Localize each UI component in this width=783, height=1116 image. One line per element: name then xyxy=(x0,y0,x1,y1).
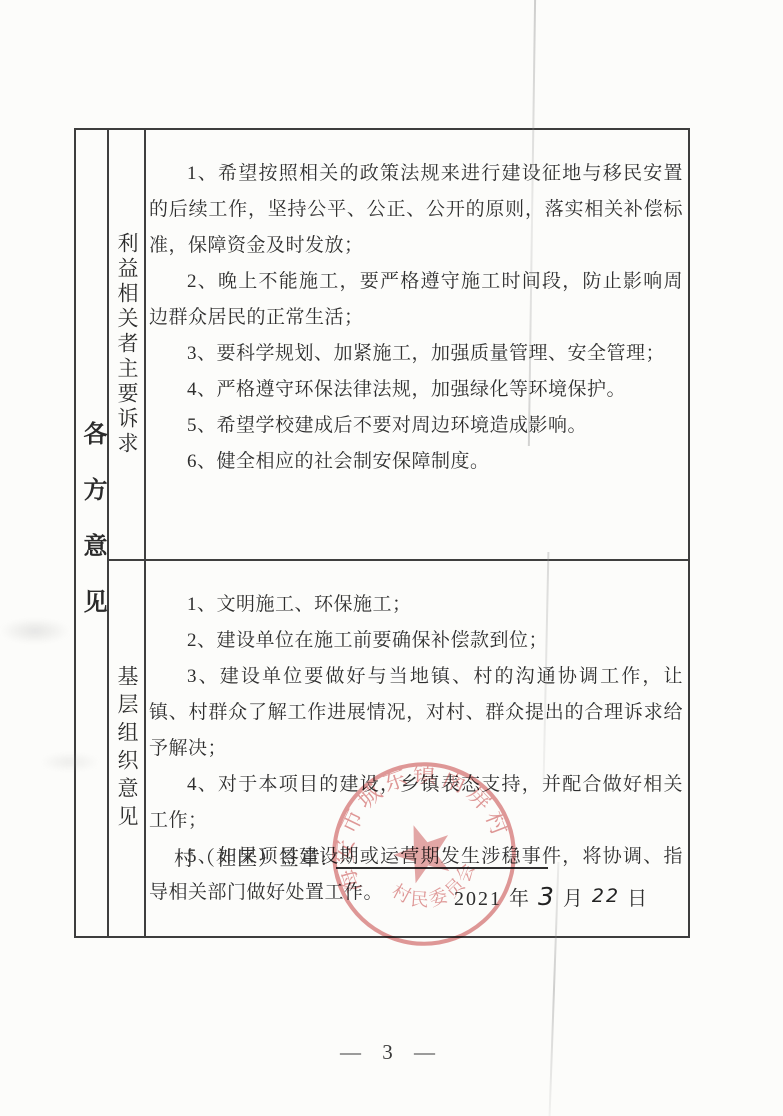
demand-item: 5、希望学校建成后不要对周边环境造成影响。 xyxy=(149,408,683,444)
date-year: 2021 xyxy=(454,888,502,910)
signature-line xyxy=(336,867,548,869)
date-day-unit: 日 xyxy=(627,888,649,910)
row-group-header-cell: 各方意见 xyxy=(76,130,107,936)
section-header-grassroots-opinion-label: 基层组织意见 xyxy=(109,665,144,833)
opinions-table: 各方意见 利益相关者主要诉求 基层组织意见 1、希望按照相关的政策法规来进行建设… xyxy=(74,128,690,938)
date-year-unit: 年 xyxy=(509,888,531,910)
demand-item: 3、要科学规划、加紧施工，加强质量管理、安全管理； xyxy=(149,336,683,372)
scanned-document-page: 各方意见 利益相关者主要诉求 基层组织意见 1、希望按照相关的政策法规来进行建设… xyxy=(0,0,783,1116)
date-row: 2021 年 3 月 22 日 xyxy=(454,882,649,911)
section-header-grassroots-opinion: 基层组织意见 xyxy=(109,561,144,936)
date-day-handwritten: 22 xyxy=(592,885,620,907)
opinion-item: 3、建设单位要做好与当地镇、村的沟通协调工作，让镇、村群众了解工作进展情况，对村… xyxy=(149,659,683,767)
scan-smudge xyxy=(0,618,70,644)
signature-row: 村（社区）签章: xyxy=(174,842,548,871)
demand-item: 4、严格遵守环保法律法规，加强绿化等环境保护。 xyxy=(149,372,683,408)
row-group-header-label: 各方意见 xyxy=(76,421,107,645)
demand-item: 2、晚上不能施工，要严格遵守施工时间段，防止影响周边群众居民的正常生活； xyxy=(149,264,683,336)
opinion-item: 2、建设单位在施工前要确保补偿款到位； xyxy=(149,623,683,659)
stakeholder-demands-content: 1、希望按照相关的政策法规来进行建设征地与移民安置的后续工作，坚持公平、公正、公… xyxy=(146,130,688,559)
page-number: — 3 — xyxy=(0,1040,783,1065)
opinion-item: 4、对于本项目的建设，乡镇表态支持，并配合做好相关工作； xyxy=(149,767,683,839)
opinion-item: 1、文明施工、环保施工； xyxy=(149,587,683,623)
signature-label: 村（社区）签章: xyxy=(174,842,328,871)
section-header-stakeholder-demands-label: 利益相关者主要诉求 xyxy=(109,232,144,457)
demand-item: 1、希望按照相关的政策法规来进行建设征地与移民安置的后续工作，坚持公平、公正、公… xyxy=(149,156,683,264)
section-header-stakeholder-demands: 利益相关者主要诉求 xyxy=(109,130,144,559)
date-month-unit: 月 xyxy=(563,888,585,910)
grassroots-opinion-content: 1、文明施工、环保施工； 2、建设单位在施工前要确保补偿款到位； 3、建设单位要… xyxy=(146,561,688,936)
date-month-handwritten: 3 xyxy=(538,882,556,911)
demand-item: 6、健全相应的社会制安保障制度。 xyxy=(149,444,683,480)
